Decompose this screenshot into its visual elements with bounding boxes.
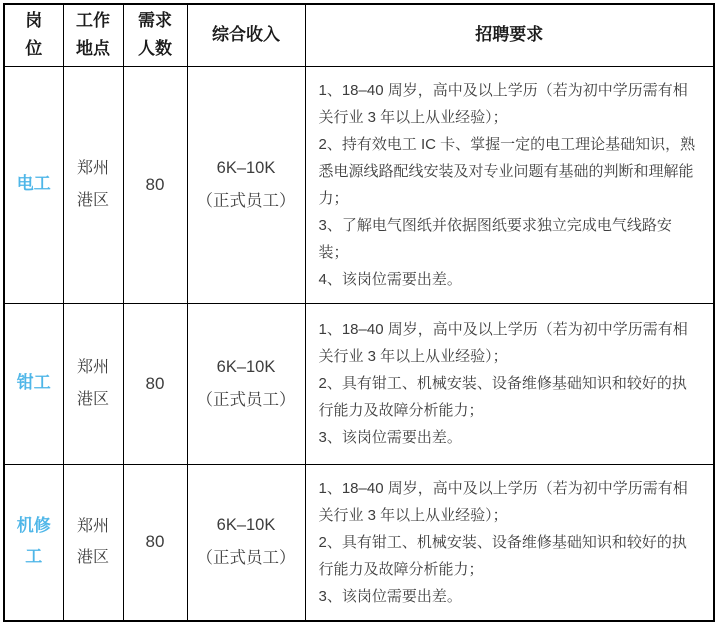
requirement-item: 1、18–40 周岁，高中及以上学历（若为初中学历需有相关行业 3 年以上从业经… [319,316,701,370]
requirement-item: 3、该岗位需要出差。 [319,424,701,451]
recruitment-table: 岗 位 工作 地点 需求 人数 综合收入 招聘要求 电工 郑州 港区 80 6K… [3,3,715,622]
requirement-item: 2、具有钳工、机械安装、设备维修基础知识和较好的执行能力及故障分析能力； [319,370,701,424]
col-header-requirements: 招聘要求 [305,4,714,66]
income-cell: 6K–10K （正式员工） [187,464,305,621]
table-row-fitter: 钳工 郑州 港区 80 6K–10K （正式员工） 1、18–40 周岁，高中及… [4,303,714,464]
position-cell: 钳工 [4,303,63,464]
income-cell: 6K–10K （正式员工） [187,303,305,464]
header-row: 岗 位 工作 地点 需求 人数 综合收入 招聘要求 [4,4,714,66]
location-cell: 郑州 港区 [63,303,123,464]
col-header-location: 工作 地点 [63,4,123,66]
requirement-item: 2、持有效电工 IC 卡、掌握一定的电工理论基础知识，熟悉电源线路配线安装及对专… [319,131,701,212]
requirements-cell: 1、18–40 周岁，高中及以上学历（若为初中学历需有相关行业 3 年以上从业经… [305,464,714,621]
requirements-cell: 1、18–40 周岁，高中及以上学历（若为初中学历需有相关行业 3 年以上从业经… [305,303,714,464]
income-cell: 6K–10K （正式员工） [187,66,305,303]
requirement-item: 3、该岗位需要出差。 [319,583,701,610]
location-cell: 郑州 港区 [63,464,123,621]
location-cell: 郑州 港区 [63,66,123,303]
headcount-cell: 80 [123,464,187,621]
table-row-electrician: 电工 郑州 港区 80 6K–10K （正式员工） 1、18–40 周岁，高中及… [4,66,714,303]
position-cell: 机修 工 [4,464,63,621]
requirement-item: 1、18–40 周岁，高中及以上学历（若为初中学历需有相关行业 3 年以上从业经… [319,475,701,529]
position-cell: 电工 [4,66,63,303]
col-header-headcount: 需求 人数 [123,4,187,66]
headcount-cell: 80 [123,303,187,464]
col-header-position: 岗 位 [4,4,63,66]
requirement-item: 4、该岗位需要出差。 [319,266,701,293]
table-row-machine-repairer: 机修 工 郑州 港区 80 6K–10K （正式员工） 1、18–40 周岁，高… [4,464,714,621]
requirement-item: 2、具有钳工、机械安装、设备维修基础知识和较好的执行能力及故障分析能力； [319,529,701,583]
headcount-cell: 80 [123,66,187,303]
job-postings-page: 岗 位 工作 地点 需求 人数 综合收入 招聘要求 电工 郑州 港区 80 6K… [0,0,718,598]
requirement-item: 3、了解电气图纸并依据图纸要求独立完成电气线路安装； [319,212,701,266]
requirements-cell: 1、18–40 周岁，高中及以上学历（若为初中学历需有相关行业 3 年以上从业经… [305,66,714,303]
col-header-income: 综合收入 [187,4,305,66]
requirement-item: 1、18–40 周岁，高中及以上学历（若为初中学历需有相关行业 3 年以上从业经… [319,77,701,131]
